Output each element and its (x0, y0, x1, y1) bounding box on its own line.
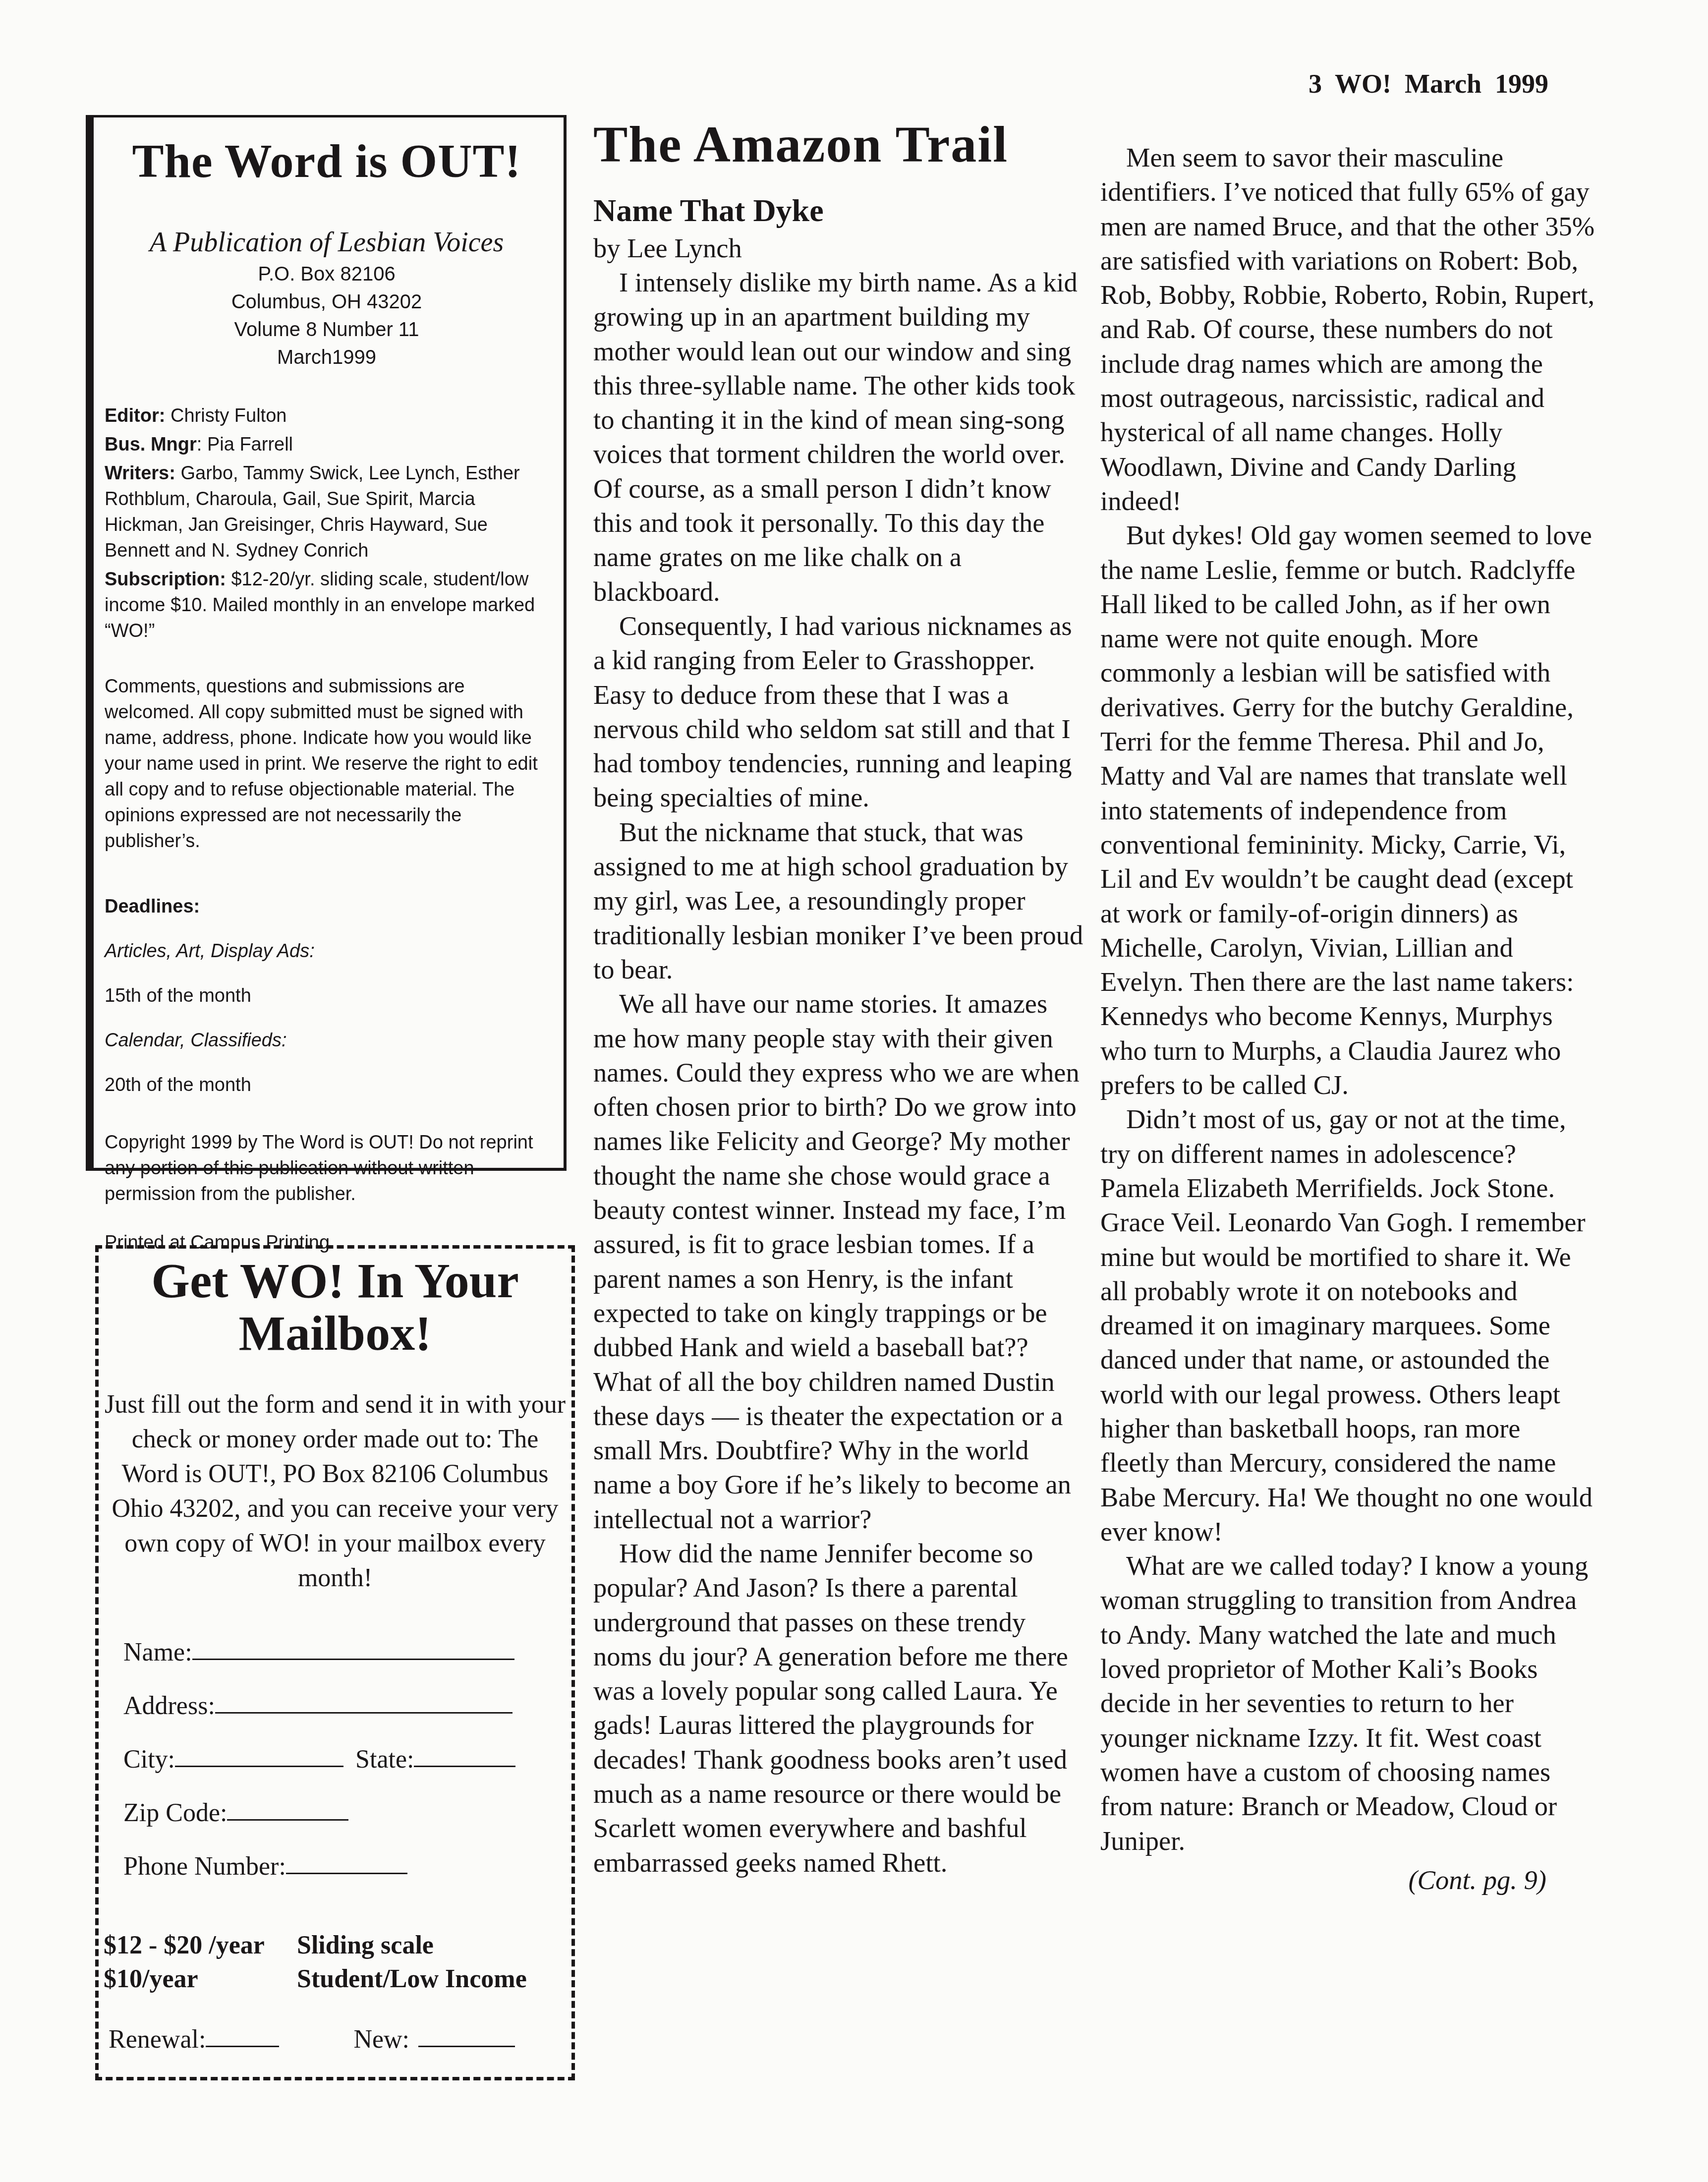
phone-blank[interactable] (286, 1851, 407, 1874)
new-label: New: (353, 2025, 409, 2054)
address-blank[interactable] (215, 1690, 512, 1714)
volume-number: Volume 8 Number 11 (105, 316, 549, 344)
article-paragraph: But the nickname that stuck, that was as… (593, 815, 1084, 986)
subscription-title: Get WO! In Your Mailbox! (104, 1255, 567, 1360)
article-column-middle: The Amazon Trail Name That Dyke by Lee L… (593, 110, 1084, 1880)
renewal-blank[interactable] (206, 2024, 279, 2047)
article-paragraph: Men seem to savor their masculine identi… (1100, 140, 1596, 518)
continued-link[interactable]: (Cont. pg. 9) (1100, 1863, 1596, 1897)
deadline-value: 15th of the month (105, 983, 549, 1009)
phone-field[interactable]: Phone Number: (123, 1828, 567, 1881)
column-title: The Amazon Trail (593, 110, 1084, 179)
rate-description: Sliding scale (297, 1929, 434, 1962)
page-folio: 3 WO! March 1999 (1309, 68, 1548, 99)
rate-description: Student/Low Income (297, 1962, 527, 1996)
city-state-row: City: State: (123, 1721, 567, 1774)
name-blank[interactable] (192, 1637, 514, 1660)
renewal-row: Renewal: New: (104, 2024, 567, 2054)
article-paragraph: I intensely dislike my birth name. As a … (593, 265, 1084, 609)
form-fields: Name: Address: City: State: Zip Code: Ph… (104, 1613, 567, 1881)
state-blank[interactable] (414, 1744, 515, 1767)
publication-address: P.O. Box 82106 Columbus, OH 43202 Volume… (105, 260, 549, 371)
deadline-value: 20th of the month (105, 1072, 549, 1098)
rate-row: $10/year Student/Low Income (104, 1962, 567, 1996)
article-title: Name That Dyke (593, 190, 1084, 231)
publication-title: The Word is OUT! (105, 126, 549, 196)
publication-subtitle: A Publication of Lesbian Voices (105, 225, 549, 260)
article-paragraph: How did the name Jennifer become so popu… (593, 1536, 1084, 1880)
renewal-label: Renewal: (109, 2025, 206, 2054)
new-blank[interactable] (418, 2024, 515, 2047)
copyright-notice: Copyright 1999 by The Word is OUT! Do no… (105, 1130, 549, 1207)
rate-price: $12 - $20 /year (104, 1929, 297, 1962)
city-state-zip: Columbus, OH 43202 (105, 288, 549, 316)
city-blank[interactable] (175, 1744, 343, 1767)
subscription-rates: $12 - $20 /year Sliding scale $10/year S… (104, 1929, 567, 1996)
staff-subscription: Subscription: $12-20/yr. sliding scale, … (105, 567, 549, 644)
article-paragraph: But dykes! Old gay women seemed to love … (1100, 518, 1596, 1102)
article-paragraph: We all have our name stories. It amazes … (593, 986, 1084, 1536)
article-column-right: Men seem to savor their masculine identi… (1100, 140, 1596, 1897)
name-field[interactable]: Name: (123, 1613, 567, 1667)
article-paragraph: Consequently, I had various nicknames as… (593, 609, 1084, 815)
staff-writers: Writers: Garbo, Tammy Swick, Lee Lynch, … (105, 460, 549, 564)
subscription-instructions: Just fill out the form and send it in wi… (104, 1387, 567, 1596)
staff-editor: Editor: Christy Fulton (105, 403, 549, 429)
article-paragraph: Didn’t most of us, gay or not at the tim… (1100, 1102, 1596, 1549)
deadlines: Deadlines: Articles, Art, Display Ads: 1… (105, 894, 549, 1098)
issue-date: March1999 (105, 344, 549, 371)
zip-label: Zip Code: (123, 1798, 227, 1828)
rate-price: $10/year (104, 1962, 297, 1996)
address-label: Address: (123, 1691, 215, 1721)
masthead-box: The Word is OUT! A Publication of Lesbia… (86, 115, 567, 1171)
article-paragraph: What are we called today? I know a young… (1100, 1549, 1596, 1858)
phone-label: Phone Number: (123, 1852, 286, 1881)
deadline-label: Articles, Art, Display Ads: (105, 941, 315, 962)
name-label: Name: (123, 1638, 192, 1667)
submissions-policy: Comments, questions and submissions are … (105, 674, 549, 854)
staff-list: Editor: Christy Fulton Bus. Mngr: Pia Fa… (105, 403, 549, 644)
staff-business-manager: Bus. Mngr: Pia Farrell (105, 432, 549, 458)
zip-field[interactable]: Zip Code: (123, 1774, 567, 1828)
deadlines-heading: Deadlines: (105, 896, 200, 917)
po-box: P.O. Box 82106 (105, 260, 549, 288)
zip-blank[interactable] (227, 1797, 348, 1821)
article-byline: by Lee Lynch (593, 231, 1084, 265)
city-label: City: (123, 1745, 175, 1774)
subscription-form: Get WO! In Your Mailbox! Just fill out t… (95, 1245, 575, 2080)
address-field[interactable]: Address: (123, 1667, 567, 1721)
rate-row: $12 - $20 /year Sliding scale (104, 1929, 567, 1962)
deadline-label: Calendar, Classifieds: (105, 1030, 287, 1051)
state-label: State: (355, 1745, 414, 1774)
